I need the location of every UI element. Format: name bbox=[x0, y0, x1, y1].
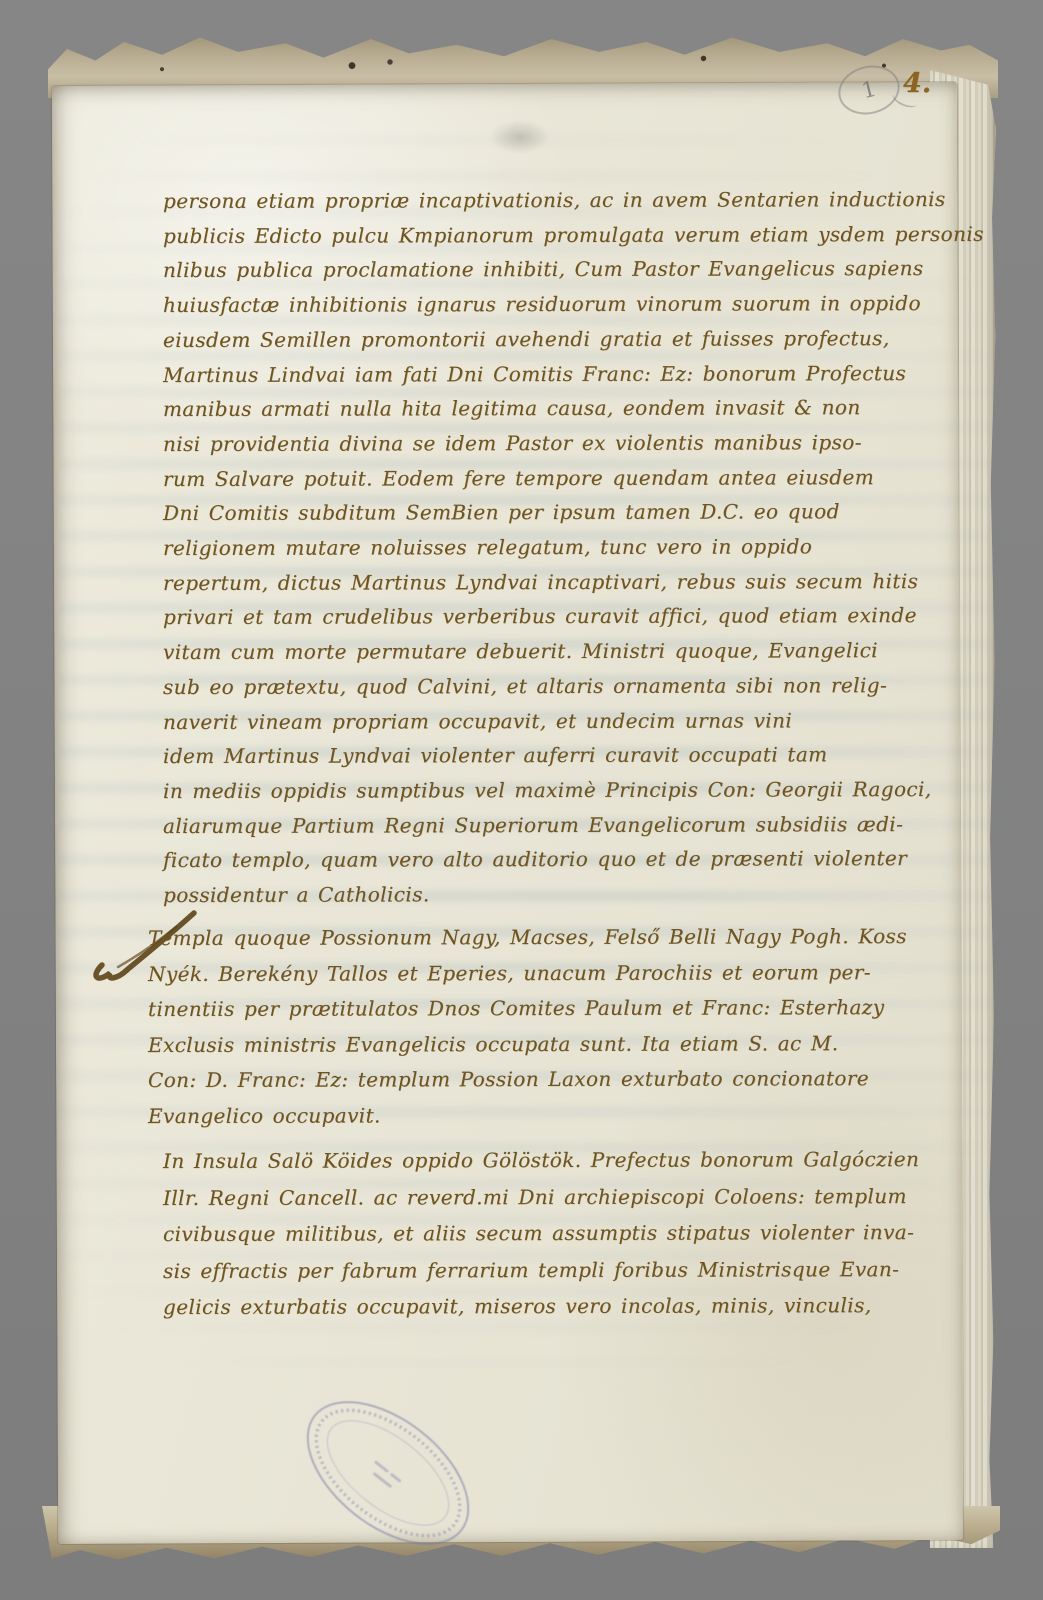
manuscript-line: aliarumque Partium Regni Superiorum Evan… bbox=[163, 807, 953, 844]
page-number: 4. bbox=[903, 68, 931, 99]
manuscript-line: civibusque militibus, et aliis secum ass… bbox=[163, 1214, 953, 1253]
manuscript-line: publicis Edicto pulcu Kmpianorum promulg… bbox=[163, 217, 953, 254]
manuscript-line: Templa quoque Possionum Nagy, Macses, Fe… bbox=[148, 919, 948, 957]
manuscript-line: Dni Comitis subditum SemBien per ipsum t… bbox=[163, 494, 953, 531]
manuscript-line: sis effractis per fabrum ferrarium templ… bbox=[163, 1250, 953, 1289]
manuscript-line: rum Salvare potuit. Eodem fere tempore q… bbox=[163, 460, 953, 497]
manuscript-line: Con: D. Franc: Ez: templum Possion Laxon… bbox=[148, 1061, 948, 1099]
manuscript-line: manibus armati nulla hita legitima causa… bbox=[163, 390, 953, 427]
manuscript-line: Exclusis ministris Evangelicis occupata … bbox=[148, 1025, 948, 1063]
manuscript-line: Nyék. Berekény Tallos et Eperies, unacum… bbox=[148, 954, 948, 992]
manuscript-line: Martinus Lindvai iam fati Dni Comitis Fr… bbox=[163, 355, 953, 392]
manuscript-line: privari et tam crudelibus verberibus cur… bbox=[163, 598, 953, 635]
manuscript-line: idem Martinus Lyndvai violenter auferri … bbox=[163, 737, 953, 774]
manuscript-line: nlibus publica proclamatione inhibiti, C… bbox=[163, 251, 953, 288]
manuscript-line: gelicis exturbatis occupavit, miseros ve… bbox=[163, 1287, 953, 1326]
manuscript-line: Evangelico occupavit. bbox=[148, 1096, 948, 1134]
manuscript-line: repertum, dictus Martinus Lyndvai incapt… bbox=[163, 564, 953, 601]
manuscript-line: in mediis oppidis sumptibus vel maximè P… bbox=[163, 772, 953, 809]
manuscript-line: eiusdem Semillen promontorii avehendi gr… bbox=[163, 321, 953, 358]
paragraph-1: persona etiam propriæ incaptivationis, a… bbox=[163, 183, 953, 912]
manuscript-line: naverit vineam propriam occupavit, et un… bbox=[163, 703, 953, 740]
manuscript-line: tinentiis per prætitulatos Dnos Comites … bbox=[148, 990, 948, 1028]
manuscript-line: In Insula Salö Köides oppido Gölöstök. P… bbox=[163, 1141, 953, 1180]
manuscript-line: Illr. Regni Cancell. ac reverd.mi Dni ar… bbox=[163, 1177, 953, 1216]
paragraph-2: Templa quoque Possionum Nagy, Macses, Fe… bbox=[148, 920, 948, 1133]
manuscript-line: persona etiam propriæ incaptivationis, a… bbox=[163, 182, 953, 219]
pencil-folio-number: 1 bbox=[859, 76, 879, 104]
manuscript-line: huiusfactæ inhibitionis ignarus residuor… bbox=[163, 286, 953, 323]
manuscript-line: ficato templo, quam vero alto auditorio … bbox=[163, 841, 953, 878]
manuscript-line: nisi providentia divina se idem Pastor e… bbox=[163, 425, 953, 462]
paragraph-3: In Insula Salö Köides oppido Gölöstök. P… bbox=[163, 1142, 953, 1325]
paper-smudge bbox=[490, 120, 550, 154]
manuscript-line: religionem mutare noluisses relegatum, t… bbox=[163, 529, 953, 566]
manuscript-line: possidentur a Catholicis. bbox=[163, 876, 953, 913]
manuscript-line: vitam cum morte permutare debuerit. Mini… bbox=[163, 633, 953, 670]
manuscript-line: sub eo prætextu, quod Calvini, et altari… bbox=[163, 668, 953, 705]
manuscript-scan: 1 4. persona etiam propriæ incaptivation… bbox=[0, 0, 1043, 1600]
